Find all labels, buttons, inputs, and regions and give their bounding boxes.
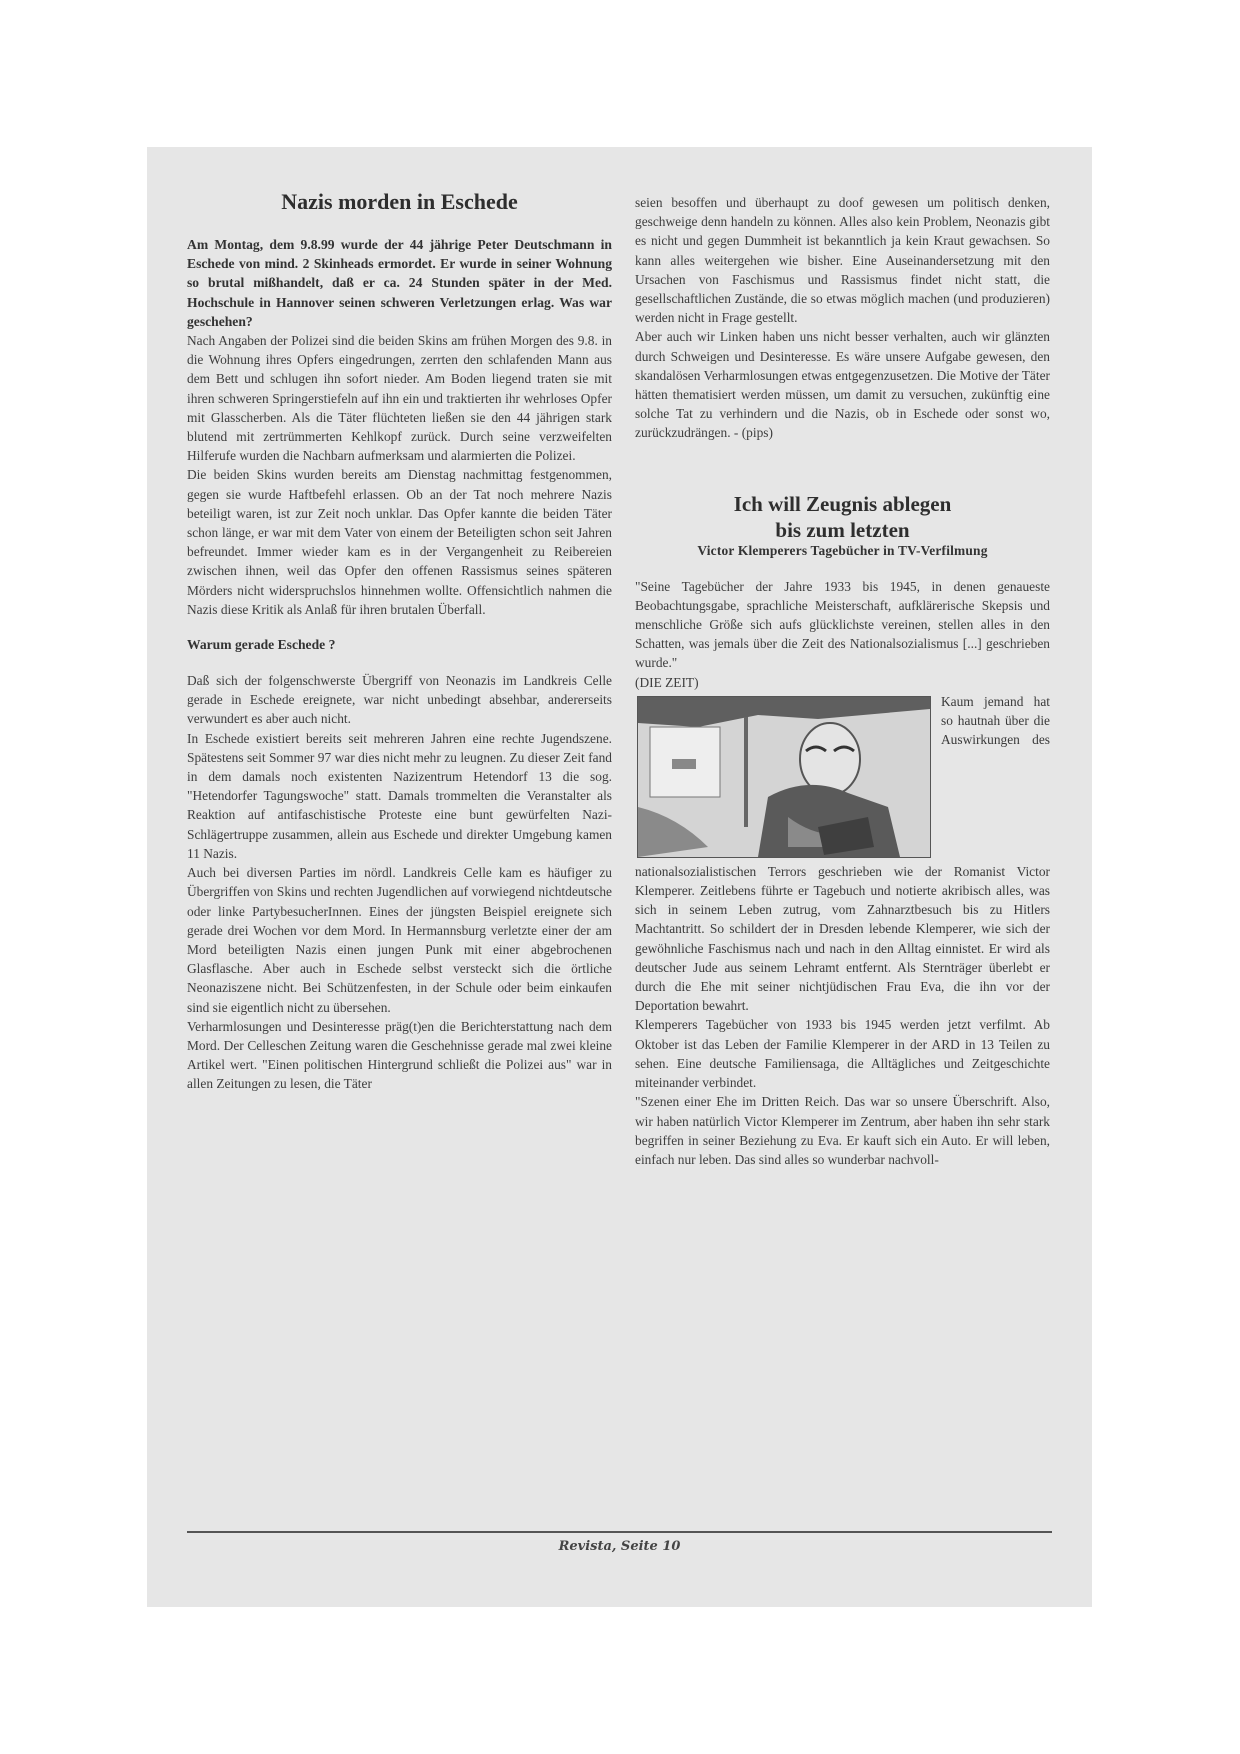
right-column: seien besoffen und überhaupt zu doof gew… [635, 147, 1050, 1169]
article2-quote: "Seine Tagebücher der Jahre 1933 bis 194… [635, 577, 1050, 673]
article-paragraph: Daß sich der folgenschwerste Übergriff v… [187, 671, 612, 729]
article-continuation: Aber auch wir Linken haben uns nicht bes… [635, 327, 1050, 442]
document-page: Nazis morden in Eschede Am Montag, dem 9… [147, 147, 1092, 1607]
footer-divider [187, 1531, 1052, 1533]
article2-title-line2: bis zum letzten [635, 517, 1050, 543]
article2-quote-source: (DIE ZEIT) [635, 673, 1050, 692]
article2-title-line1: Ich will Zeugnis ablegen [635, 491, 1050, 517]
article2-paragraph: "Szenen einer Ehe im Dritten Reich. Das … [635, 1092, 1050, 1169]
article-paragraph: In Eschede existiert bereits seit mehrer… [187, 729, 612, 863]
article-lead: Am Montag, dem 9.8.99 wurde der 44 jähri… [187, 235, 612, 331]
klemperer-photo [637, 696, 931, 858]
article-paragraph: Nach Angaben der Polizei sind die beiden… [187, 331, 612, 465]
section-subheading: Warum gerade Eschede ? [187, 637, 612, 653]
article2-subtitle: Victor Klemperers Tagebücher in TV-Verfi… [635, 543, 1050, 559]
page-footer: Revista, Seite 10 [147, 1539, 1092, 1554]
article2-paragraph: Klemperers Tagebücher von 1933 bis 1945 … [635, 1015, 1050, 1092]
article-paragraph: Verharmlosungen und Desinteresse präg(t)… [187, 1017, 612, 1094]
article-paragraph: Auch bei diversen Parties im nördl. Land… [187, 863, 612, 1017]
article-continuation: seien besoffen und überhaupt zu doof gew… [635, 193, 1050, 327]
article-title: Nazis morden in Eschede [187, 189, 612, 215]
article2-body-with-photo: Kaum jemand hat so hautnah über die Ausw… [635, 692, 1050, 1016]
portrait-image-icon [638, 697, 930, 857]
left-column: Nazis morden in Eschede Am Montag, dem 9… [187, 147, 612, 1094]
article-paragraph: Die beiden Skins wurden bereits am Diens… [187, 465, 612, 619]
